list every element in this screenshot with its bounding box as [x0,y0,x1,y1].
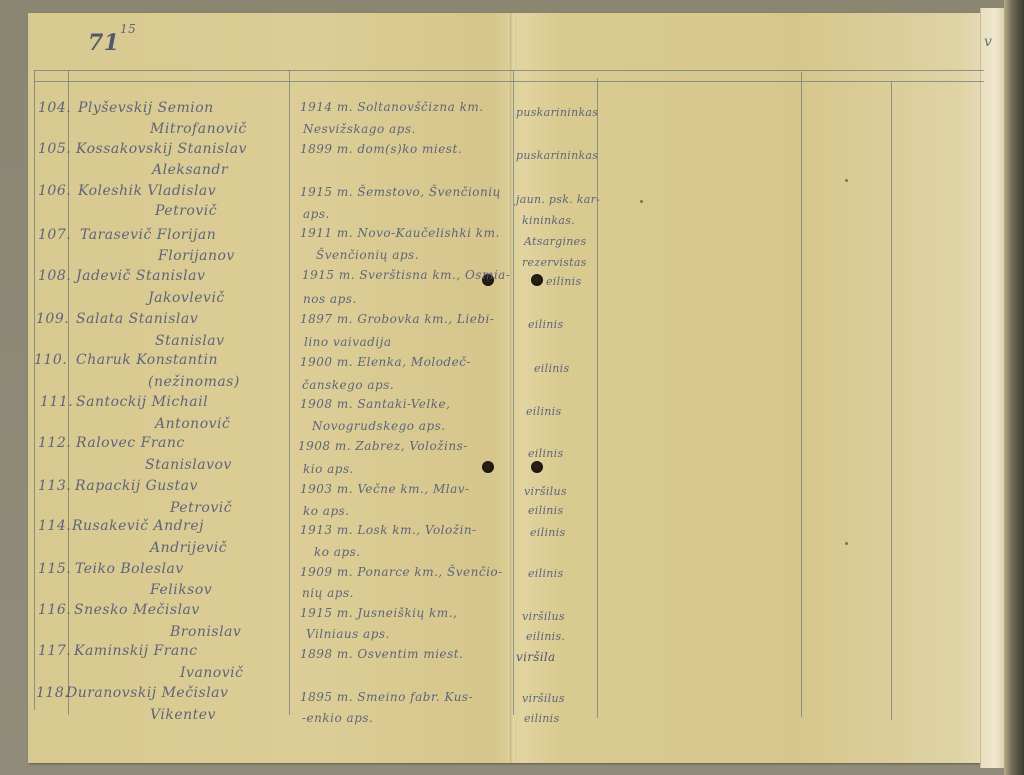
col-divider-name [289,70,290,715]
birth-info-cont: aps. [303,207,330,221]
person-patronymic: Vikentev [150,707,216,723]
birth-info: 1915 m. Jusneiškių km., [300,606,457,620]
punch-hole [482,461,494,473]
folio-number: 71 [88,30,120,56]
person-patronymic: Andrijevič [150,540,227,556]
status: eilinis [534,362,569,375]
person-name: Charuk Konstantin [76,352,218,368]
person-patronymic: Ivanovič [180,665,243,681]
birth-info-cont: Nesvižskago aps. [303,122,416,136]
person-name: Ralovec Franc [76,435,185,451]
birth-info: 1915 m. Sverštisna km., Osmia- [302,268,510,282]
row-number: 106. [38,183,71,199]
status-cont: eilinis [524,712,559,725]
row-number: 107. [38,227,71,243]
row-number: 115. [38,561,71,577]
status: eilinis [528,567,563,580]
status: viršilus [522,692,565,705]
person-name: Rapackij Gustav [75,478,198,494]
col-border-left [34,70,35,710]
person-patronymic: Mitrofanovič [150,121,247,137]
status-cont: kininkas. [522,214,575,227]
punch-hole [531,461,543,473]
birth-info: 1914 m. Soltanovščizna km. [300,100,484,114]
person-name: Jadevič Stanislav [76,268,205,284]
person-name: Rusakevič Andrej [72,518,204,534]
person-patronymic: (nežinomas) [148,374,240,390]
row-number: 109. [36,311,69,327]
status: Atsargines [524,235,586,248]
birth-info: 1913 m. Losk km., Voložin- [300,523,477,537]
table-header-rule [34,81,984,82]
col-divider-number [68,70,69,715]
person-name: Tarasevič Florijan [80,227,216,243]
corner-check-mark: v [984,34,992,50]
birth-info: 1908 m. Zabrez, Voložins- [298,439,468,453]
binding-tab [980,8,1005,768]
row-number: 114. [38,518,71,534]
speck [640,200,643,203]
status: viršilus [522,610,565,623]
person-patronymic: Aleksandr [152,162,228,178]
punch-hole [531,274,543,286]
status-cont: rezervistas [522,256,587,269]
row-number: 112. [38,435,71,451]
status-cont: eilinis. [526,630,565,643]
folio-superscript: 15 [120,22,136,36]
birth-info: 1908 m. Santaki-Velke, [300,397,450,411]
row-number: 111. [40,394,73,410]
col-divider-5 [801,72,802,717]
person-name: Plyševskij Semion [78,100,214,116]
birth-info: 1915 m. Šemstovo, Švenčionių [300,185,501,199]
col-divider-status [597,78,598,718]
birth-info-cont: nos aps. [303,292,357,306]
birth-info-cont: lino vaivadija [304,335,392,349]
birth-info-cont: ko aps. [314,545,361,559]
row-number: 105. [38,141,71,157]
birth-info: 1898 m. Osventim miest. [300,647,463,661]
status: viršilus [524,485,567,498]
birth-info: 1909 m. Ponarce km., Švenčio- [300,565,503,579]
birth-info-cont: Švenčionių aps. [316,248,419,262]
person-patronymic: Bronislav [170,624,241,640]
person-name: Duranovskij Mečislav [66,685,228,701]
person-patronymic: Feliksov [150,582,212,598]
birth-info-cont: Novogrudskego aps. [312,419,446,433]
status: viršila [516,650,555,664]
col-divider-6 [891,82,892,720]
speck [845,179,848,182]
row-number: 116. [38,602,71,618]
birth-info-cont: -enkio aps. [302,711,373,725]
status: eilinis [546,275,581,288]
person-name: Kossakovskij Stanislav [76,141,247,157]
birth-info-cont: kio aps. [303,462,354,476]
col-divider-birth [513,70,514,715]
row-number: 117. [38,643,71,659]
person-name: Snesko Mečislav [74,602,200,618]
status: eilinis [530,526,565,539]
row-number: 108. [38,268,71,284]
status-cont: eilinis [528,504,563,517]
birth-info: 1895 m. Smeino fabr. Kus- [300,690,473,704]
person-patronymic: Jakovlevič [148,290,225,306]
person-patronymic: Stanislav [155,333,224,349]
person-patronymic: Florijanov [158,248,235,264]
birth-info-cont: nių aps. [302,586,354,600]
status: puskarininkas [516,149,598,162]
status: eilinis [528,318,563,331]
person-patronymic: Stanislavov [145,457,232,473]
status: puskarininkas [516,106,598,119]
person-name: Teiko Boleslav [75,561,184,577]
status: jaun. psk. kar- [516,193,600,206]
birth-info: 1899 m. dom(s)ko miest. [300,142,462,156]
birth-info: 1903 m. Večne km., Mlav- [300,482,470,496]
person-name: Koleshik Vladislav [78,183,216,199]
birth-info: 1911 m. Novo-Kaučelishki km. [300,226,500,240]
birth-info-cont: čanskego aps. [302,378,394,392]
person-name: Santockij Michail [76,394,208,410]
birth-info-cont: ko aps. [303,504,350,518]
person-name: Kaminskij Franc [74,643,198,659]
person-patronymic: Petrovič [155,203,217,219]
row-number: 118. [36,685,69,701]
table-top-rule [34,70,984,71]
birth-info: 1897 m. Grobovka km., Liebi- [300,312,494,326]
row-number: 113. [38,478,71,494]
status: eilinis [526,405,561,418]
birth-info-cont: Vilniaus aps. [306,627,390,641]
row-number: 104. [38,100,71,116]
person-patronymic: Petrovič [170,500,232,516]
birth-info: 1900 m. Elenka, Molodeč- [300,355,471,369]
speck [845,542,848,545]
person-name: Salata Stanislav [76,311,198,327]
folder-edge [1004,0,1024,775]
status: eilinis [528,447,563,460]
row-number: 110. [34,352,67,368]
person-patronymic: Antonovič [155,416,230,432]
